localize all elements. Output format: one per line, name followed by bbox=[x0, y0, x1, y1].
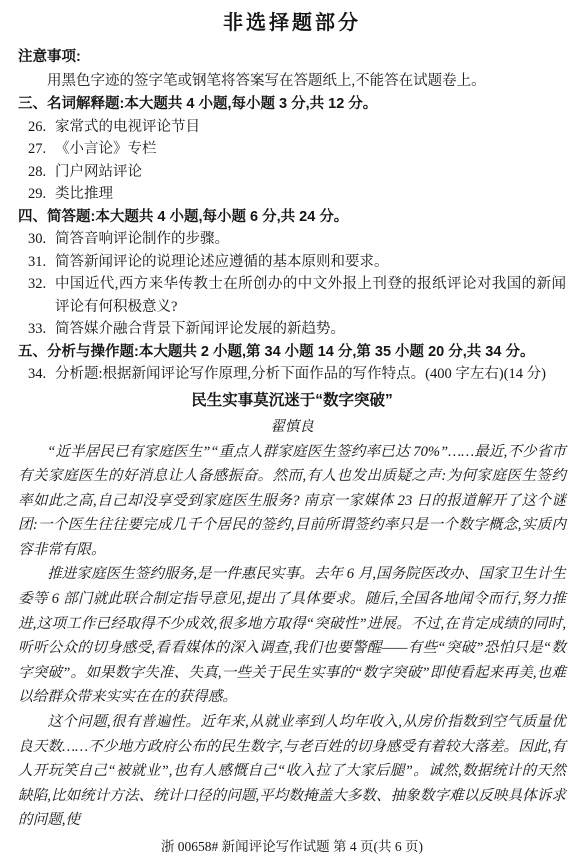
question-number: 28. bbox=[28, 161, 55, 184]
question-item-26: 26. 家常式的电视评论节目 bbox=[18, 116, 566, 139]
question-item-31: 31. 简答新闻评论的说理论述应遵循的基本原则和要求。 bbox=[18, 251, 566, 274]
question-item-34: 34. 分析题:根据新闻评论写作原理,分析下面作品的写作特点。(400 字左右)… bbox=[18, 363, 566, 386]
question-text: 简答媒介融合背景下新闻评论发展的新趋势。 bbox=[55, 318, 566, 341]
article-paragraph-2: 推进家庭医生签约服务,是一件惠民实事。去年 6 月,国务院医改办、国家卫生计生委… bbox=[18, 562, 566, 710]
notice-heading: 注意事项: bbox=[18, 45, 566, 69]
question-item-32: 32. 中国近代,西方来华传教士在所创办的中文外报上刊登的报纸评论对我国的新闻评… bbox=[18, 273, 566, 318]
question-number: 32. bbox=[28, 273, 55, 318]
question-text: 中国近代,西方来华传教士在所创办的中文外报上刊登的报纸评论对我国的新闻评论有何积… bbox=[55, 273, 566, 318]
article: 民生实事莫沉迷于“数字突破” 翟慎良 “近半居民已有家庭医生”“重点人群家庭医生… bbox=[18, 388, 566, 834]
article-title: 民生实事莫沉迷于“数字突破” bbox=[18, 388, 566, 414]
section-heading-5: 五、分析与操作题:本大题共 2 小题,第 34 小题 14 分,第 35 小题 … bbox=[18, 341, 566, 364]
question-number: 29. bbox=[28, 183, 55, 206]
exam-paper-page: 非选择题部分 注意事项: 用黑色字迹的签字笔或钢笔将答案写在答题纸上,不能答在试… bbox=[0, 0, 582, 859]
question-item-30: 30. 简答音响评论制作的步骤。 bbox=[18, 228, 566, 251]
page-title: 非选择题部分 bbox=[18, 10, 566, 36]
question-number: 33. bbox=[28, 318, 55, 341]
notice-text: 用黑色字迹的签字笔或钢笔将答案写在答题纸上,不能答在试题卷上。 bbox=[18, 69, 566, 93]
article-author: 翟慎良 bbox=[18, 414, 566, 440]
question-item-28: 28. 门户网站评论 bbox=[18, 161, 566, 184]
page-footer: 浙 00658# 新闻评论写作试题 第 4 页(共 6 页) bbox=[18, 836, 566, 858]
section-heading-3: 三、名词解释题:本大题共 4 小题,每小题 3 分,共 12 分。 bbox=[18, 93, 566, 116]
question-item-27: 27. 《小言论》专栏 bbox=[18, 138, 566, 161]
article-paragraph-1: “近半居民已有家庭医生”“重点人群家庭医生签约率已达 70%”……最近,不少省市… bbox=[18, 440, 566, 563]
section-heading-4: 四、简答题:本大题共 4 小题,每小题 6 分,共 24 分。 bbox=[18, 206, 566, 229]
question-text: 简答新闻评论的说理论述应遵循的基本原则和要求。 bbox=[55, 251, 566, 274]
question-number: 34. bbox=[28, 363, 55, 386]
question-text: 《小言论》专栏 bbox=[55, 138, 566, 161]
question-text: 分析题:根据新闻评论写作原理,分析下面作品的写作特点。(400 字左右)(14 … bbox=[55, 363, 566, 386]
question-item-33: 33. 简答媒介融合背景下新闻评论发展的新趋势。 bbox=[18, 318, 566, 341]
article-paragraph-3: 这个问题,很有普遍性。近年来,从就业率到人均年收入,从房价指数到空气质量优良天数… bbox=[18, 710, 566, 833]
question-text: 简答音响评论制作的步骤。 bbox=[55, 228, 566, 251]
question-text: 门户网站评论 bbox=[55, 161, 566, 184]
question-number: 26. bbox=[28, 116, 55, 139]
question-text: 家常式的电视评论节目 bbox=[55, 116, 566, 139]
question-number: 27. bbox=[28, 138, 55, 161]
question-text: 类比推理 bbox=[55, 183, 566, 206]
question-number: 30. bbox=[28, 228, 55, 251]
question-number: 31. bbox=[28, 251, 55, 274]
question-item-29: 29. 类比推理 bbox=[18, 183, 566, 206]
